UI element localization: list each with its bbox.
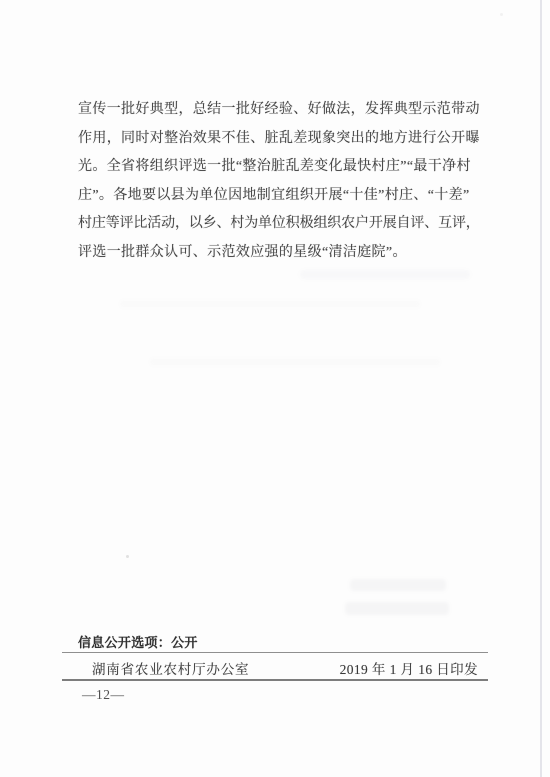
disclosure-option-label: 信息公开选项：公开 <box>78 632 198 651</box>
scan-speck <box>126 555 129 558</box>
scan-bleedthrough-smudge <box>345 602 449 615</box>
scan-speck <box>500 13 503 16</box>
document-page: 宣传一批好典型，总结一批好经验、好做法，发挥典型示范带动 作用，同时对整治效果不… <box>0 0 550 777</box>
body-paragraph: 宣传一批好典型，总结一批好经验、好做法，发挥典型示范带动 作用，同时对整治效果不… <box>78 96 488 268</box>
page-edge-shadow <box>540 0 542 777</box>
scan-bleedthrough-smudge <box>150 358 440 366</box>
paragraph-line-3: 光。全省将组织评选一批“整治脏乱差变化最快村庄”“最干净村 <box>78 153 488 182</box>
paragraph-line-6: 评选一批群众认可、示范效应强的星级“清洁庭院”。 <box>78 239 488 268</box>
scan-bleedthrough-smudge <box>120 300 420 308</box>
scan-bleedthrough-smudge <box>300 270 470 279</box>
footer-divider-top <box>62 652 488 653</box>
page-number: —12— <box>82 687 125 703</box>
issuing-office: 湖南省农业农村厅办公室 <box>92 658 249 678</box>
paragraph-line-2: 作用，同时对整治效果不佳、脏乱差现象突出的地方进行公开曝 <box>78 125 488 154</box>
scan-bleedthrough-smudge <box>350 579 446 591</box>
footer-divider-bottom <box>62 679 488 681</box>
paragraph-line-5: 村庄等评比活动，以乡、村为单位积极组织农户开展自评、互评， <box>78 210 488 239</box>
print-date: 2019 年 1 月 16 日印发 <box>340 658 478 678</box>
paragraph-line-1: 宣传一批好典型，总结一批好经验、好做法，发挥典型示范带动 <box>78 96 488 125</box>
paragraph-line-4: 庄”。各地要以县为单位因地制宜组织开展“十佳”村庄、“十差” <box>78 182 488 211</box>
